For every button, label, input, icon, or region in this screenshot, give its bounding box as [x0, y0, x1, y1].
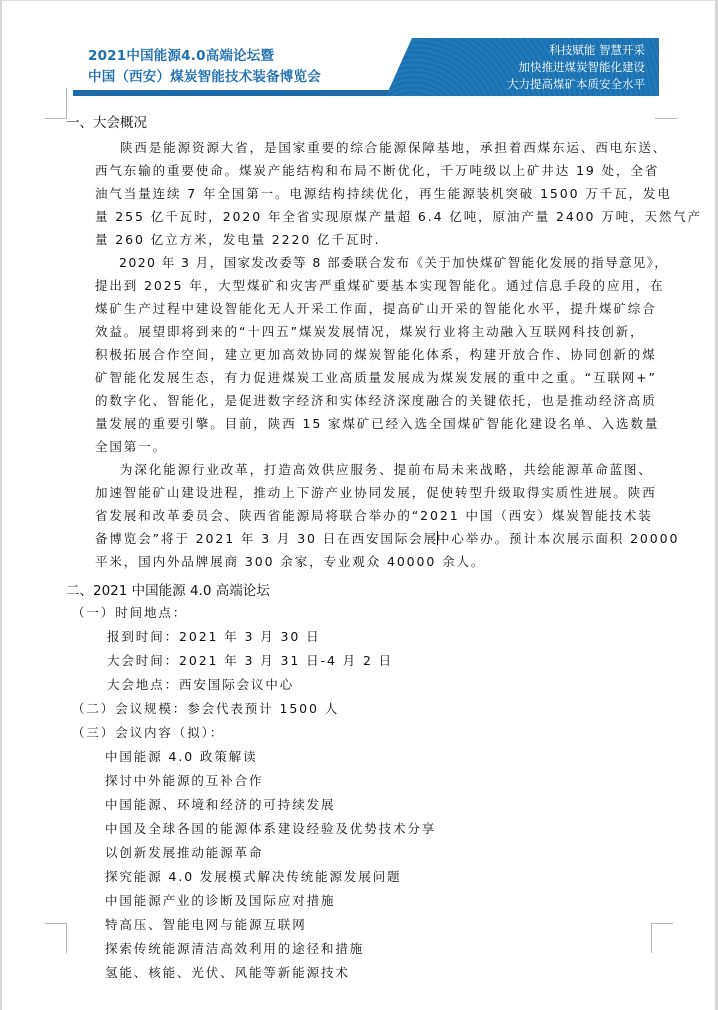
paragraph-line: 矿智能化发展生态，有力促进煤炭工业高质量发展成为煤炭发展的重中之重。“互联网+”: [95, 368, 657, 386]
slogan-line-3: 大力提高煤矿本质安全水平: [507, 76, 645, 93]
paragraph-line: 陕西是能源资源大省，是国家重要的综合能源保障基地，承担着西煤东运、西电东送、: [120, 138, 667, 156]
topic-item: 中国及全球各国的能源体系建设经验及优势技术分享: [105, 819, 436, 837]
topic-item: 中国能源、环境和经济的可持续发展: [105, 795, 335, 813]
text-before-cursor: 备博览会”将于 2021 年 3 月 30 日在西安国际会展: [95, 531, 438, 546]
paragraph-line: 的数字化、智能化，是促进数字经济和实体经济深度融合的关键依托，也是推动经济高质: [95, 391, 657, 409]
section1-heading: 一、大会概况: [66, 111, 147, 131]
crop-mark-bottom-left-v: [66, 923, 67, 953]
paragraph-line: 省发展和改革委员会、陕西省能源局将联合举办的“2021 中国（西安）煤炭智能技术…: [95, 506, 653, 524]
paragraph-line: 油气当量连续 7 年全国第一。电源结构持续优化，再生能源装机突破 1500 万千…: [95, 184, 672, 202]
text-after-cursor: 中心举办。预计本次展示面积 20000: [437, 531, 679, 546]
topic-item: 以创新发展推动能源革命: [105, 843, 263, 861]
page-edge-top: [0, 0, 718, 1]
paragraph-line: 效益。展望即将到来的“十四五”煤炭发展情况，煤炭行业将主动融入互联网科技创新，: [95, 322, 645, 340]
paragraph-line: 2020 年 3 月，国家发改委等 8 部委联合发布《关于加快煤矿智能化发展的指…: [119, 253, 668, 271]
paragraph-line: 平米，国内外品牌展商 300 余家，专业观众 40000 余人。: [95, 552, 485, 570]
crop-mark-bottom-right-h: [651, 923, 673, 924]
paragraph-line: 提出到 2025 年，大型煤矿和灾害严重煤矿要基本实现智能化。通过信息手段的应用…: [95, 276, 665, 294]
subheading-time-venue: （一）时间地点：: [72, 603, 187, 621]
paragraph-line: 为深化能源行业改革，打造高效供应服务、提前布局未来战略，共绘能源革命蓝图、: [120, 460, 653, 478]
topic-item: 氢能、核能、光伏、风能等新能源技术: [105, 963, 350, 981]
crop-mark-top-right-h: [655, 118, 677, 119]
meeting-venue: 大会地点：西安国际会议中心: [107, 675, 294, 693]
topic-item: 探究能源 4.0 发展模式解决传统能源发展问题: [105, 867, 402, 885]
paragraph-line: 量 255 亿千瓦时，2020 年全省实现原煤产量超 6.4 亿吨，原油产量 2…: [95, 207, 702, 225]
topic-item: 中国能源 4.0 政策解读: [105, 747, 258, 765]
paragraph-line: 加速智能矿山建设进程，推动上下游产业协同发展，促使转型升级取得实质性进展。陕西: [95, 483, 657, 501]
paragraph-line: 量 260 亿立方米，发电量 2220 亿千瓦时.: [95, 230, 381, 248]
banner-slogan-panel: 科技赋能 智慧开采 加快推进煤炭智能化建设 大力提高煤矿本质安全水平: [386, 38, 659, 96]
crop-mark-bottom-right-v: [651, 923, 652, 953]
paragraph-line-with-cursor[interactable]: 备博览会”将于 2021 年 3 月 30 日在西安国际会展中心举办。预计本次展…: [95, 529, 679, 547]
crop-mark-bottom-left-h: [45, 923, 67, 924]
header-banner: 2021中国能源4.0高端论坛暨 中国（西安）煤炭智能技术装备博览会 科技赋能 …: [73, 38, 659, 96]
meeting-time: 大会时间：2021 年 3 月 31 日-4 月 2 日: [107, 651, 393, 669]
banner-title-line2: 中国（西安）煤炭智能技术装备博览会: [88, 67, 321, 88]
paragraph-line: 西气东输的重要使命。煤炭产能结构和布局不断优化，千万吨级以上矿井达 19 处，全…: [95, 161, 659, 179]
page-edge-left: [0, 0, 2, 1010]
topic-item: 中国能源产业的诊断及国际应对措施: [105, 891, 335, 909]
crop-mark-top-left-h: [45, 118, 67, 119]
banner-title: 2021中国能源4.0高端论坛暨 中国（西安）煤炭智能技术装备博览会: [88, 46, 321, 88]
slogan-line-2: 加快推进煤炭智能化建设: [507, 59, 645, 76]
subheading-content: （三）会议内容（拟）：: [72, 723, 224, 741]
paragraph-line: 量发展的重要引擎。目前，陕西 15 家煤矿已经入选全国煤矿智能化建设名单、入选数…: [95, 414, 659, 432]
registration-time: 报到时间：2021 年 3 月 30 日: [107, 627, 321, 645]
topic-item: 特高压、智能电网与能源互联网: [105, 915, 307, 933]
banner-title-line1: 2021中国能源4.0高端论坛暨: [88, 46, 321, 67]
topic-item: 探索传统能源清洁高效利用的途径和措施: [105, 939, 364, 957]
paragraph-line: 全国第一。: [95, 437, 167, 455]
paragraph-line: 积极拓展合作空间，建立更加高效协同的煤炭智能化体系，构建开放合作、协同创新的煤: [95, 345, 657, 363]
section2-heading: 二、2021 中国能源 4.0 高端论坛: [66, 579, 270, 599]
slogan-line-1: 科技赋能 智慧开采: [507, 42, 645, 59]
paragraph-line: 煤矿生产过程中建设智能化无人开采工作面，提高矿山开采的智能化水平，提升煤矿综合: [95, 299, 657, 317]
subheading-scale: （二）会议规模：参会代表预计 1500 人: [72, 699, 339, 717]
topic-item: 探讨中外能源的互补合作: [105, 771, 263, 789]
